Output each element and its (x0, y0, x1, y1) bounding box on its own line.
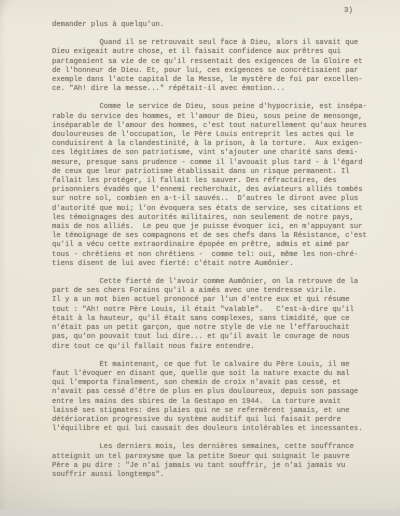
text-line: Et maintenant, ce que fut le calvaire du… (52, 361, 388, 370)
text-line: de l'honneur de Dieu. Et, pour lui, ces … (52, 67, 388, 76)
text-line: tiens disent de lui avec fierté: c'était… (52, 260, 388, 269)
text-line: Dieu exigeait autre chose, et il faisait… (52, 48, 388, 57)
text-line: douloureuses de l'occupation, le Père Lo… (52, 131, 388, 140)
text-line: mais de nos alliés. Le peu que je puisse… (52, 223, 388, 232)
paragraph: Cette fierté de l'avoir comme Aumônier, … (52, 278, 388, 352)
text-line: faut l'évoquer en disant que, quelle que… (52, 370, 388, 379)
text-line: inséparable de l'amour des hommes, c'est… (52, 122, 388, 131)
text-line: tous - chrétiens et non chrétiens - comm… (52, 251, 388, 260)
text-line: fallait les protéger, il fallait les sau… (52, 177, 388, 186)
text-line: partageaient sa vie de ce qu'il ressenta… (52, 58, 388, 67)
text-line: demander plus à quelqu'un. (52, 21, 388, 30)
text-line: entre les mains des sbires de la Gestapo… (52, 398, 388, 407)
text-line: pas, qu'on pouvait tout lui dire... et q… (52, 333, 388, 342)
document-content: demander plus à quelqu'un. Quand il se r… (52, 21, 388, 480)
paragraph: Quand il se retrouvait seul face à Dieu,… (52, 39, 388, 94)
text-line: qu'il a vécu cette extraordinaire épopée… (52, 241, 388, 250)
text-line: les témoignages des autorités militaires… (52, 214, 388, 223)
text-line: exemple dans l'acte capital de la Messe,… (52, 76, 388, 85)
paragraph: Et maintenant, ce que fut le calvaire du… (52, 361, 388, 435)
text-line: laissé ses stigmates: des plaies qui ne … (52, 407, 388, 416)
text-line: souffrir aussi longtemps". (52, 471, 388, 480)
text-line: atteignit un tel paroxysme que la petite… (52, 453, 388, 462)
text-line: n'était pas un petit garçon, que notre s… (52, 324, 388, 333)
paragraph: Les derniers mois, les dernières semaine… (52, 443, 388, 480)
scan-bottom-edge (0, 509, 400, 516)
text-line: n'avait pas cessé d'être de plus en plus… (52, 388, 388, 397)
text-line: Cette fierté de l'avoir comme Aumônier, … (52, 278, 388, 287)
text-line: mesure, presque sans prudence - comme il… (52, 159, 388, 168)
text-line: l'équilibre et qui lui causait des doule… (52, 425, 388, 434)
text-line: détérioration progressive du système aud… (52, 416, 388, 425)
page-number: 3) (344, 7, 353, 15)
document-page: 3) demander plus à quelqu'un. Quand il s… (0, 0, 400, 516)
text-line: tout : "Ah! notre Père Louis, il était "… (52, 306, 388, 315)
text-line: rable du service des hommes, et l'amour … (52, 113, 388, 122)
text-line: d'autorité que moi; l'on évoquera ses ét… (52, 205, 388, 214)
text-line: Père a pu dire : "Je n'ai jamais vu tant… (52, 462, 388, 471)
text-line: sur notre sol, combien en a-t-il sauvés.… (52, 195, 388, 204)
text-line: Les derniers mois, les dernières semaine… (52, 443, 388, 452)
text-line: qui l'emporta finalement, son chemin de … (52, 379, 388, 388)
text-line: était à la hauteur, qu'il était sans com… (52, 315, 388, 324)
paragraph: demander plus à quelqu'un. (52, 21, 388, 30)
text-line: ce. "Ah! dire la messe..." répétait-il a… (52, 85, 388, 94)
text-line: Comme le service de Dieu, sous peine d'h… (52, 103, 388, 112)
text-line: dire tout ce qu'il fallait nous faire en… (52, 343, 388, 352)
paragraph: Comme le service de Dieu, sous peine d'h… (52, 103, 388, 269)
text-line: de ceux que leur patriotisme établissait… (52, 168, 388, 177)
text-line: Il y a un mot bien actuel prononcé par l… (52, 296, 388, 305)
text-line: ces légitimes de son patriotisme, vint s… (52, 149, 388, 158)
